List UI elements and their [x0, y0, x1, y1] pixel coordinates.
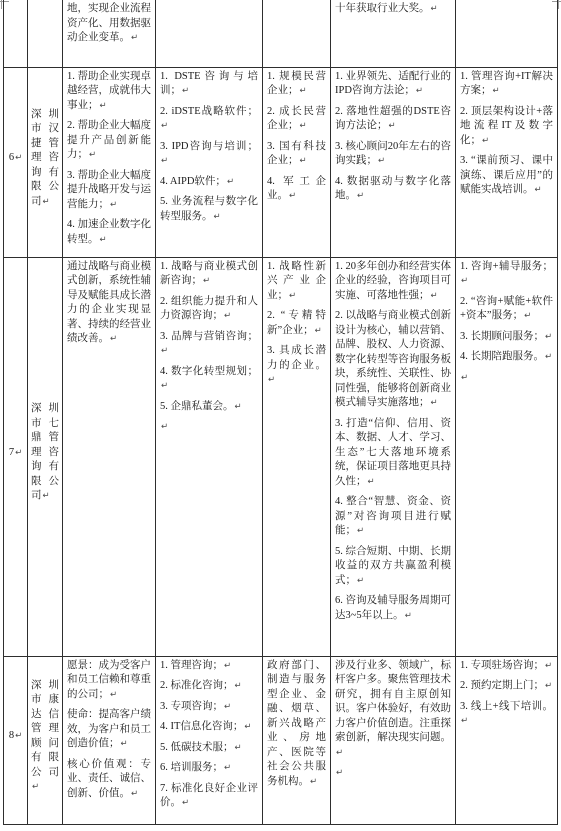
- cell-clients[interactable]: 1. 规模民营企业；↵2. 成长民营企业；↵3. 国有科技企业；↵4. 军工企业…: [263, 67, 331, 257]
- paragraph-text: 3. 专项咨询；: [160, 701, 223, 712]
- paragraph: 3. 品牌与营销咨询；↵: [160, 330, 258, 359]
- pilcrow-icon: ↵: [356, 526, 364, 536]
- paragraph: 4. 军工企业。↵: [267, 175, 326, 204]
- paragraph: 4. 整合“智慧、资金、资源”对咨询项目进行赋能；↵: [335, 495, 451, 539]
- cell-advantages[interactable]: 1. 20多年创办和经营实体企业的经验，咨询项目可实施、可落地性强；↵2. 以战…: [331, 257, 456, 656]
- paragraph-text: 4. AIPD软件；: [160, 176, 226, 187]
- pilcrow-icon: ↵: [544, 661, 552, 671]
- paragraph: 1. 战略与商业模式创新咨询；↵: [160, 260, 258, 289]
- paragraph-text: 6. 咨询及辅导服务周期可达3~5年以上。: [335, 595, 451, 621]
- pilcrow-icon: ↵: [14, 153, 22, 163]
- page-margin-mark: [1, 0, 2, 9]
- paragraph-text: 2. iDSTE战略软件；: [160, 106, 258, 117]
- cell-content: 地，实现企业流程资产化、用数据驱动企业变革。↵: [63, 0, 155, 65]
- pilcrow-icon: ↵: [388, 121, 396, 131]
- paragraph-text: 1. 管理咨询+IT解决方案；: [460, 71, 553, 97]
- paragraph: 1. 管理咨询+IT解决方案；↵: [460, 70, 553, 99]
- pilcrow-icon: ↵: [99, 101, 107, 111]
- pilcrow-icon: ↵: [120, 739, 128, 749]
- cell-content: 1. 管理咨询+IT解决方案；↵2. 顶层架构设计+落地流程IT及数字化；↵3.…: [456, 68, 557, 256]
- paragraph: 4. 数字化转型规划；↵: [160, 365, 258, 394]
- pilcrow-icon: ↵: [223, 702, 231, 712]
- cell-content: 愿景：成为受客户和员工信赖和尊重的公司；↵使命：提高客户绩效，为客户和员工创造价…: [63, 657, 155, 823]
- pilcrow-icon: ↵: [544, 352, 552, 362]
- paragraph: 5. 综合短期、中期、长期收益的双方共赢盈利模式；↵: [335, 545, 451, 589]
- pilcrow-icon: ↵: [356, 191, 364, 201]
- paragraph: 1. 战略性新兴产业企业；↵: [267, 260, 326, 304]
- paragraph: 6↵: [7, 151, 24, 166]
- pilcrow-icon: ↵: [160, 422, 168, 432]
- paragraph: 使命：提高客户绩效，为客户和员工创造价值；↵: [67, 708, 151, 752]
- paragraph: 5. 业务流程与数字化转型服务。↵: [160, 195, 258, 224]
- pilcrow-icon: ↵: [181, 798, 189, 808]
- paragraph-text: 4. IT信息化咨询；: [160, 721, 243, 732]
- paragraph: 6. 咨询及辅导服务周期可达3~5年以上。↵: [335, 594, 451, 623]
- paragraph: 7↵: [7, 446, 24, 461]
- paragraph: 4. 数据驱动与数字化落地。↵: [335, 175, 451, 204]
- paragraph-text: 1. 咨询+辅导服务；: [460, 261, 553, 272]
- paragraph: 深圳市康达信管理顾问有限公司↵: [31, 679, 59, 795]
- cell-philosophy[interactable]: 通过战略与商业模式创新，系统性辅导及赋能具成长潜力的企业实现显著、持续的经营业绩…: [63, 257, 156, 656]
- paragraph-text: 6. 培训服务；: [160, 762, 223, 773]
- pilcrow-icon: ↵: [160, 156, 168, 166]
- paragraph: 2. “咨询+赋能+软件+资本”服务；↵: [460, 295, 553, 324]
- paragraph: 1. 咨询+辅导服务；↵: [460, 260, 553, 289]
- paragraph-text: 3. 打造“信仰、信用、资本、数据、人才、学习、生态”七大落地环境系统，保证项目…: [335, 418, 451, 487]
- paragraph: 核心价值观：专业、责任、诚信、创新、价值。↵: [67, 758, 151, 802]
- paragraph: 深圳市七鼎管理咨询有限公司↵: [31, 402, 59, 504]
- cell-content: 涉及行业多、领域广，标杆客户多。聚焦管理技术研究，拥有自主原创知识。客户体验好，…: [331, 657, 455, 823]
- pilcrow-icon: ↵: [267, 375, 275, 385]
- paragraph: 通过战略与商业模式创新，系统性辅导及赋能具成长潜力的企业实现显著、持续的经营业绩…: [67, 260, 151, 347]
- pilcrow-icon: ↵: [234, 402, 242, 412]
- paragraph-text: 1. DSTE咨询与培训；: [160, 71, 258, 97]
- paragraph: 4. 长期陪跑服务。↵: [460, 350, 553, 365]
- pilcrow-icon: ↵: [288, 191, 296, 201]
- paragraph-text: 2. 成长民营企业；: [267, 106, 326, 132]
- cell-clients[interactable]: 1. 战略性新兴产业企业；↵2. “专精特新”企业；↵3. 具成长潜力的企业。↵: [263, 257, 331, 656]
- pilcrow-icon: ↵: [109, 690, 117, 700]
- paragraph: ↵: [160, 420, 258, 435]
- pilcrow-icon: ↵: [404, 611, 412, 621]
- pilcrow-icon: ↵: [460, 373, 468, 383]
- paragraph-text: 1. 专项驻场咨询；: [460, 660, 544, 671]
- pilcrow-icon: ↵: [160, 121, 168, 131]
- paragraph-text: 5. 低碳技术服；: [160, 742, 234, 753]
- pilcrow-icon: ↵: [99, 235, 107, 245]
- pilcrow-icon: ↵: [481, 136, 489, 146]
- paragraph: 愿景：成为受客户和员工信赖和尊重的公司；↵: [67, 659, 151, 703]
- pilcrow-icon: ↵: [234, 681, 242, 691]
- paragraph-text: 5. 业务流程与数字化转型服务。: [160, 196, 258, 222]
- cell-clients[interactable]: 政府部门、制造与服务型企业、金融、烟草、新兴战略产业、房地产、医院等社会公共服务…: [263, 656, 331, 824]
- paragraph: 深圳市汉捷管理咨询有限公司↵: [31, 108, 59, 210]
- paragraph-text: 4. 整合“智慧、资金、资源”对咨询项目进行赋能；: [335, 496, 451, 536]
- paragraph-text: 涉及行业多、领域广，标杆客户多。聚焦管理技术研究，拥有自主原创知识。客户体验好，…: [335, 660, 451, 744]
- paragraph: 3. 国有科技企业；↵: [267, 140, 326, 169]
- pilcrow-icon: ↵: [430, 398, 438, 408]
- cell-services[interactable]: 1. 管理咨询；↵2. 标准化咨询；↵3. 专项咨询；↵4. IT信息化咨询；↵…: [156, 656, 263, 824]
- pilcrow-icon: ↵: [223, 661, 231, 671]
- pilcrow-icon: ↵: [223, 763, 231, 773]
- cell-content: 1. 战略性新兴产业企业；↵2. “专精特新”企业；↵3. 具成长潜力的企业。↵: [263, 258, 330, 655]
- cell-company[interactable]: [28, 0, 63, 67]
- paragraph-text: 4. 数字化转型规划；: [160, 366, 258, 377]
- cell-philosophy[interactable]: 愿景：成为受客户和员工信赖和尊重的公司；↵使命：提高客户绩效，为客户和员工创造价…: [63, 656, 156, 824]
- paragraph-text: 1. 战略性新兴产业企业；: [267, 261, 326, 301]
- paragraph: 2. 落地性超强的DSTE咨询方法论；↵: [335, 105, 451, 134]
- cell-content: 深圳市汉捷管理咨询有限公司↵: [28, 68, 62, 256]
- paragraph-text: 深圳市七鼎管理咨询有限公司: [31, 403, 59, 501]
- cell-content: 深圳市康达信管理顾问有限公司↵: [28, 657, 62, 823]
- paragraph: 2. 顶层架构设计+落地流程IT及数字化；↵: [460, 105, 553, 149]
- pilcrow-icon: ↵: [430, 291, 438, 301]
- pilcrow-icon: ↵: [544, 332, 552, 342]
- paragraph-text: 2. 预约定期上门；: [460, 680, 544, 691]
- paragraph: 1. 业界领先、适配行业的IPD咨询方法论；↵: [335, 70, 451, 99]
- cell-content: 1. 20多年创办和经营实体企业的经验，咨询项目可实施、可落地性强；↵2. 以战…: [331, 258, 455, 655]
- doc-table: 地，实现企业流程资产化、用数据驱动企业变革。↵十年获取行业大奖。↵6↵深圳市汉捷…: [3, 0, 558, 825]
- paragraph: 7. 标准化良好企业评价。↵: [160, 782, 258, 811]
- cell-content: 政府部门、制造与服务型企业、金融、烟草、新兴战略产业、房地产、医院等社会公共服务…: [263, 657, 330, 823]
- paragraph-text: 使命：提高客户绩效，为客户和员工创造价值；: [67, 709, 151, 749]
- pilcrow-icon: ↵: [223, 311, 231, 321]
- pilcrow-icon: ↵: [335, 768, 343, 778]
- table-row: 地，实现企业流程资产化、用数据驱动企业变革。↵十年获取行业大奖。↵: [4, 0, 558, 67]
- paragraph-text: 深圳市康达信管理顾问有限公司: [31, 680, 59, 778]
- cell-philosophy[interactable]: 1. 帮助企业实现卓越经营，成就伟大事业；↵2. 帮助企业大幅度提升产品创新能力…: [63, 67, 156, 257]
- cell-services[interactable]: 1. DSTE咨询与培训；↵2. iDSTE战略软件；↵3. IPD咨询与培训；…: [156, 67, 263, 257]
- paragraph: 3. 核心顾问20年左右的咨询实践；↵: [335, 140, 451, 169]
- page-margin-mark: [558, 0, 559, 9]
- paragraph: 2. “专精特新”企业；↵: [267, 309, 326, 338]
- paragraph-text: 政府部门、制造与服务型企业、金融、烟草、新兴战略产业、房地产、医院等社会公共服务…: [267, 660, 326, 787]
- cell-clients[interactable]: [263, 0, 331, 67]
- cell-content: 1. 规模民营企业；↵2. 成长民营企业；↵3. 国有科技企业；↵4. 军工企业…: [263, 68, 330, 256]
- paragraph-text: 2. 以战略与商业模式创新设计为核心，辅以营销、品牌、股权、人力资源、数字化转型…: [335, 310, 451, 408]
- paragraph-text: 3. 线上+线下培训。: [460, 701, 553, 712]
- cell-delivery[interactable]: [456, 0, 558, 67]
- paragraph-text: 5. 综合短期、中期、长期收益的双方共赢盈利模式；: [335, 546, 451, 586]
- paragraph-text: 3. 品牌与营销咨询；: [160, 331, 258, 342]
- paragraph-text: 1. 管理咨询；: [160, 660, 223, 671]
- pilcrow-icon: ↵: [356, 576, 364, 586]
- pilcrow-icon: ↵: [377, 156, 385, 166]
- pilcrow-icon: ↵: [367, 477, 375, 487]
- paragraph-text: 2. “咨询+赋能+软件+资本”服务；: [460, 296, 553, 322]
- paragraph: 3. 打造“信仰、信用、资本、数据、人才、学习、生态”七大落地环境系统，保证项目…: [335, 417, 451, 490]
- paragraph: 2. iDSTE战略软件；↵: [160, 105, 258, 134]
- cell-company[interactable]: 深圳市汉捷管理咨询有限公司↵: [28, 67, 63, 257]
- pilcrow-icon: ↵: [109, 334, 117, 344]
- paragraph-text: 1. 业界领先、适配行业的IPD咨询方法论；: [335, 71, 451, 97]
- cell-index[interactable]: [4, 0, 28, 67]
- table-row: 8↵深圳市康达信管理顾问有限公司↵愿景：成为受客户和员工信赖和尊重的公司；↵使命…: [4, 656, 558, 824]
- paragraph-text: 1. 帮助企业实现卓越经营，成就伟大事业；: [67, 71, 151, 111]
- cell-content: [456, 0, 557, 65]
- table-row: 7↵深圳市七鼎管理咨询有限公司↵通过战略与商业模式创新，系统性辅导及赋能具成长潜…: [4, 257, 558, 656]
- paragraph-text: 深圳市汉捷管理咨询有限公司: [31, 109, 59, 207]
- paragraph: ↵: [460, 371, 553, 386]
- paragraph: 政府部门、制造与服务型企业、金融、烟草、新兴战略产业、房地产、医院等社会公共服务…: [267, 659, 326, 790]
- cell-content: 6↵: [4, 68, 27, 256]
- paragraph: 1. DSTE咨询与培训；↵: [160, 70, 258, 99]
- paragraph: 3. 具成长潜力的企业。↵: [267, 344, 326, 388]
- paragraph: 1. 规模民营企业；↵: [267, 70, 326, 99]
- paragraph: 5. 企鼎私董会。↵: [160, 400, 258, 415]
- cell-services[interactable]: [156, 0, 263, 67]
- cell-services[interactable]: 1. 战略与商业模式创新咨询；↵2. 组织能力提升和人力资源咨询；↵3. 品牌与…: [156, 257, 263, 656]
- paragraph: 8↵: [7, 729, 24, 744]
- cell-content: 8↵: [4, 657, 27, 823]
- doc-table-body: 地，实现企业流程资产化、用数据驱动企业变革。↵十年获取行业大奖。↵6↵深圳市汉捷…: [4, 0, 558, 824]
- pilcrow-icon: ↵: [88, 150, 96, 160]
- paragraph: 1. 20多年创办和经营实体企业的经验，咨询项目可实施、可落地性强；↵: [335, 260, 451, 304]
- pilcrow-icon: ↵: [309, 777, 317, 787]
- table-row: 6↵深圳市汉捷管理咨询有限公司↵1. 帮助企业实现卓越经营，成就伟大事业；↵2.…: [4, 67, 558, 257]
- paragraph: 1. 帮助企业实现卓越经营，成就伟大事业；↵: [67, 70, 151, 114]
- cell-index[interactable]: 8↵: [4, 656, 28, 824]
- paragraph-text: 核心价值观：专业、责任、诚信、创新、价值。: [67, 759, 151, 799]
- pilcrow-icon: ↵: [226, 177, 234, 187]
- paragraph: 地，实现企业流程资产化、用数据驱动企业变革。↵: [67, 2, 151, 46]
- paragraph: 2. 帮助企业大幅度提升产品创新能力；↵: [67, 119, 151, 163]
- cell-content: 1. 帮助企业实现卓越经营，成就伟大事业；↵2. 帮助企业大幅度提升产品创新能力…: [63, 68, 155, 256]
- cell-content: 十年获取行业大奖。↵: [331, 0, 455, 65]
- pilcrow-icon: ↵: [130, 789, 138, 799]
- paragraph: 3. IPD咨询与培训；↵: [160, 140, 258, 169]
- cell-content: [263, 0, 330, 65]
- pilcrow-icon: ↵: [202, 276, 210, 286]
- cell-content: 1. 战略与商业模式创新咨询；↵2. 组织能力提升和人力资源咨询；↵3. 品牌与…: [156, 258, 262, 655]
- cell-content: 7↵: [4, 258, 27, 655]
- pilcrow-icon: ↵: [160, 381, 168, 391]
- pilcrow-icon: ↵: [42, 491, 50, 501]
- cell-content: 1. 业界领先、适配行业的IPD咨询方法论；↵2. 落地性超强的DSTE咨询方法…: [331, 68, 455, 256]
- paragraph: 2. 组织能力提升和人力资源咨询；↵: [160, 295, 258, 324]
- pilcrow-icon: ↵: [492, 86, 500, 96]
- paragraph-text: 2. 组织能力提升和人力资源咨询；: [160, 296, 258, 322]
- cell-content: 1. 咨询+辅导服务；↵2. “咨询+赋能+软件+资本”服务；↵3. 长期顾问服…: [456, 258, 557, 655]
- paragraph: 3. 长期顾问服务；↵: [460, 330, 553, 345]
- pilcrow-icon: ↵: [460, 716, 468, 726]
- paragraph: 2. 标准化咨询；↵: [160, 679, 258, 694]
- pilcrow-icon: ↵: [109, 200, 117, 210]
- paragraph: 4. 加速企业数字化转型。↵: [67, 218, 151, 247]
- paragraph-text: 1. 规模民营企业；: [267, 71, 326, 97]
- paragraph: 2. 预约定期上门；↵: [460, 679, 553, 694]
- cell-index[interactable]: 6↵: [4, 67, 28, 257]
- paragraph: 3. 专项咨询；↵: [160, 700, 258, 715]
- pilcrow-icon: ↵: [288, 291, 296, 301]
- paragraph: 3. “课前预习、课中演练、课后应用”的赋能实战培训。↵: [460, 154, 553, 198]
- cell-philosophy[interactable]: 地，实现企业流程资产化、用数据驱动企业变革。↵: [63, 0, 156, 67]
- paragraph-text: 3. IPD咨询与培训；: [160, 141, 258, 152]
- pilcrow-icon: ↵: [213, 212, 221, 222]
- paragraph-text: 十年获取行业大奖。: [335, 3, 430, 14]
- cell-advantages[interactable]: 涉及行业多、领域广，标杆客户多。聚焦管理技术研究，拥有自主原创知识。客户体验好，…: [331, 656, 456, 824]
- paragraph-text: 地，实现企业流程资产化、用数据驱动企业变革。: [67, 3, 151, 43]
- cell-advantages[interactable]: 十年获取行业大奖。↵: [331, 0, 456, 67]
- paragraph-text: 4. 长期陪跑服务。: [460, 351, 544, 362]
- cell-company[interactable]: 深圳市康达信管理顾问有限公司↵: [28, 656, 63, 824]
- paragraph: 1. 管理咨询；↵: [160, 659, 258, 674]
- paragraph: 6. 培训服务；↵: [160, 761, 258, 776]
- paragraph-text: 2. 顶层架构设计+落地流程IT及数字化；: [460, 106, 553, 146]
- paragraph: ↵: [335, 766, 451, 781]
- pilcrow-icon: ↵: [181, 86, 189, 96]
- cell-content: 深圳市七鼎管理咨询有限公司↵: [28, 258, 62, 655]
- pilcrow-icon: ↵: [243, 722, 251, 732]
- paragraph-text: 2. 标准化咨询；: [160, 680, 234, 691]
- paragraph-text: 2. 帮助企业大幅度提升产品创新能力；: [67, 120, 151, 160]
- cell-delivery[interactable]: 1. 咨询+辅导服务；↵2. “咨询+赋能+软件+资本”服务；↵3. 长期顾问服…: [456, 257, 558, 656]
- cell-content: 1. 专项驻场咨询；↵2. 预约定期上门；↵3. 线上+线下培训。↵: [456, 657, 557, 823]
- pilcrow-icon: ↵: [42, 197, 50, 207]
- paragraph: 5. 低碳技术服；↵: [160, 741, 258, 756]
- pilcrow-icon: ↵: [299, 86, 307, 96]
- document-page: 地，实现企业流程资产化、用数据驱动企业变革。↵十年获取行业大奖。↵6↵深圳市汉捷…: [0, 0, 561, 831]
- cell-delivery[interactable]: 1. 专项驻场咨询；↵2. 预约定期上门；↵3. 线上+线下培训。↵: [456, 656, 558, 824]
- paragraph: 3. 线上+线下培训。↵: [460, 700, 553, 729]
- pilcrow-icon: ↵: [299, 121, 307, 131]
- paragraph: 3. 帮助企业大幅度提升战略开发与运营能力；↵: [67, 169, 151, 213]
- cell-content: 通过战略与商业模式创新，系统性辅导及赋能具成长潜力的企业实现显著、持续的经营业绩…: [63, 258, 155, 655]
- paragraph: 涉及行业多、领域广，标杆客户多。聚焦管理技术研究，拥有自主原创知识。客户体验好，…: [335, 659, 451, 761]
- pilcrow-icon: ↵: [234, 743, 242, 753]
- paragraph-text: 3. 核心顾问20年左右的咨询实践；: [335, 141, 451, 167]
- cell-index[interactable]: 7↵: [4, 257, 28, 656]
- pilcrow-icon: ↵: [14, 448, 22, 458]
- pilcrow-icon: ↵: [523, 311, 531, 321]
- pilcrow-icon: ↵: [31, 782, 39, 792]
- paragraph-text: 5. 企鼎私董会。: [160, 401, 234, 412]
- cell-content: [28, 0, 62, 65]
- paragraph: 4. AIPD软件；↵: [160, 175, 258, 190]
- cell-content: [156, 0, 262, 65]
- pilcrow-icon: ↵: [534, 185, 542, 195]
- paragraph: 1. 专项驻场咨询；↵: [460, 659, 553, 674]
- cell-content: 1. DSTE咨询与培训；↵2. iDSTE战略软件；↵3. IPD咨询与培训；…: [156, 68, 262, 256]
- paragraph-text: 7. 标准化良好企业评价。: [160, 783, 258, 809]
- cell-company[interactable]: 深圳市七鼎管理咨询有限公司↵: [28, 257, 63, 656]
- pilcrow-icon: ↵: [460, 276, 468, 286]
- pilcrow-icon: ↵: [314, 326, 322, 336]
- cell-content: [4, 0, 27, 65]
- paragraph-text: 3. 国有科技企业；: [267, 141, 326, 167]
- paragraph-text: 3. 具成长潜力的企业。: [267, 345, 326, 371]
- pilcrow-icon: ↵: [14, 731, 22, 741]
- paragraph: 2. 以战略与商业模式创新设计为核心，辅以营销、品牌、股权、人力资源、数字化转型…: [335, 309, 451, 411]
- cell-delivery[interactable]: 1. 管理咨询+IT解决方案；↵2. 顶层架构设计+落地流程IT及数字化；↵3.…: [456, 67, 558, 257]
- pilcrow-icon: ↵: [160, 346, 168, 356]
- pilcrow-icon: ↵: [544, 681, 552, 691]
- pilcrow-icon: ↵: [299, 156, 307, 166]
- pilcrow-icon: ↵: [130, 33, 138, 43]
- paragraph-text: 3. 长期顾问服务；: [460, 331, 544, 342]
- paragraph-text: 4. 数据驱动与数字化落地。: [335, 176, 451, 202]
- pilcrow-icon: ↵: [335, 748, 343, 758]
- paragraph: 4. IT信息化咨询；↵: [160, 720, 258, 735]
- pilcrow-icon: ↵: [430, 4, 438, 14]
- cell-content: 1. 管理咨询；↵2. 标准化咨询；↵3. 专项咨询；↵4. IT信息化咨询；↵…: [156, 657, 262, 823]
- paragraph: 2. 成长民营企业；↵: [267, 105, 326, 134]
- paragraph-text: 通过战略与商业模式创新，系统性辅导及赋能具成长潜力的企业实现显著、持续的经营业绩…: [67, 261, 151, 345]
- pilcrow-icon: ↵: [415, 86, 423, 96]
- cell-advantages[interactable]: 1. 业界领先、适配行业的IPD咨询方法论；↵2. 落地性超强的DSTE咨询方法…: [331, 67, 456, 257]
- paragraph: 十年获取行业大奖。↵: [335, 2, 451, 17]
- paragraph-text: 4. 军工企业。: [267, 176, 326, 202]
- paragraph-text: 4. 加速企业数字化转型。: [67, 219, 151, 245]
